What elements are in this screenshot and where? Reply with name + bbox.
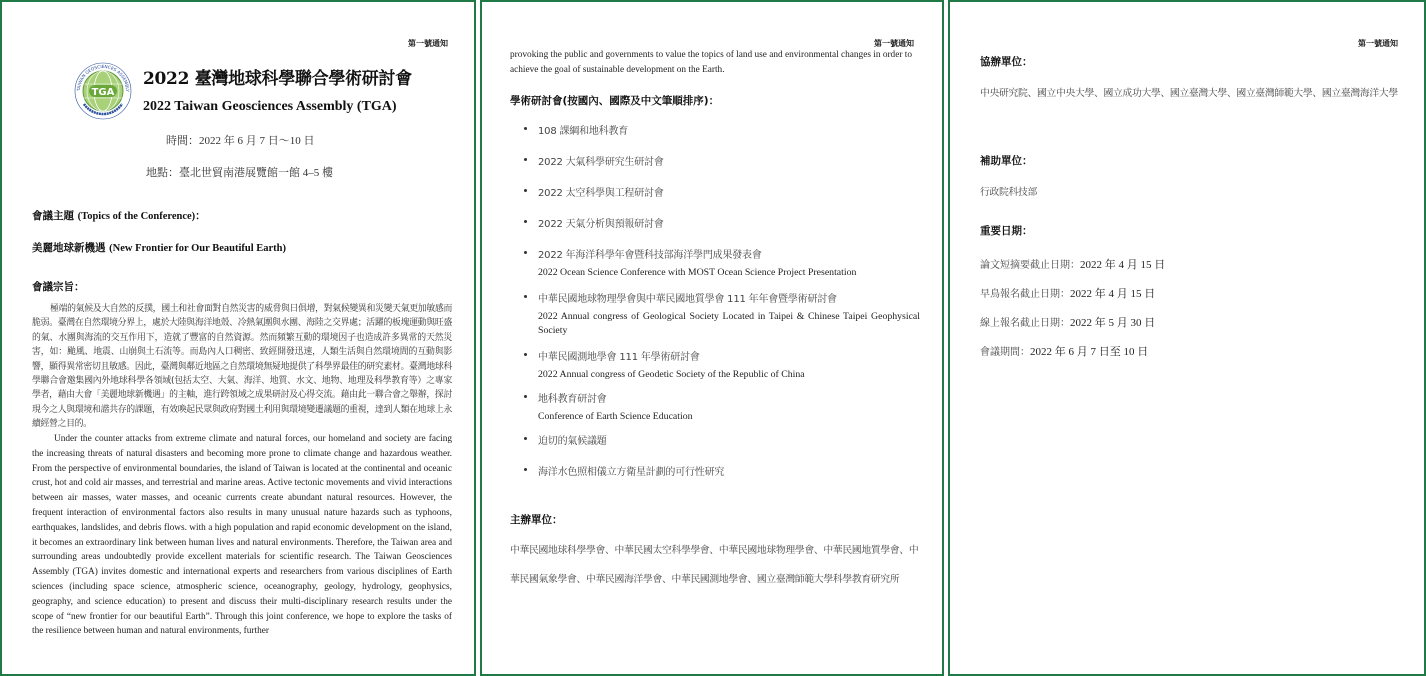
purpose-paragraph-en-continued: provoking the public and governments to … (510, 48, 920, 78)
theme-line: 美麗地球新機遇 (New Frontier for Our Beautiful … (32, 240, 286, 255)
theme-en: (New Frontier for Our Beautiful Earth) (109, 243, 286, 254)
conference-title-zh: 2022 臺灣地球科學聯合學術研討會 (143, 64, 412, 89)
date-conference-period: 會議期間：2022 年 6 月 7 日至 10 日 (980, 343, 1148, 359)
organizers-text: 中華民國地球科學學會、中華民國太空科學學會、中華民國地球物理學會、中華民國地質學… (510, 536, 920, 594)
symposia-heading: 學術研討會(按國內、國際及中文筆順排序)： (510, 93, 719, 108)
purpose-heading: 會議宗旨： (32, 279, 85, 294)
bullet-icon (524, 251, 527, 254)
conference-time: 時間：2022 年 6 月 7 日～10 日 (166, 132, 315, 148)
list-item: 中華民國測地學會 111 年學術研討會 2022 Annual congress… (510, 348, 920, 382)
conference-title-en: 2022 Taiwan Geosciences Assembly (TGA) (143, 99, 397, 115)
document-page-3: 第一號通知 協辦單位： 中央研究院、國立中央大學、國立成功大學、國立臺灣大學、國… (948, 0, 1426, 676)
theme-zh: 美麗地球新機遇 (32, 242, 106, 254)
bullet-icon (524, 437, 527, 440)
svg-text:TGA: TGA (92, 87, 115, 98)
tga-logo-icon: TGA TAIWAN GEOSCIENCES ASSEMBLY (74, 62, 132, 120)
notice-tag: 第一號通知 (408, 38, 448, 49)
bullet-icon (524, 127, 527, 130)
co-organizers-heading: 協辦單位： (980, 54, 1033, 69)
symposia-list: 108 課綱和地科教育 2022 大氣科學研究生研討會 2022 太空科學與工程… (510, 122, 920, 478)
list-item: 地科教育研討會 Conference of Earth Science Educ… (510, 390, 920, 424)
list-item: 2022 天氣分析與預報研討會 (510, 215, 920, 230)
date-online-registration-deadline: 線上報名截止日期：2022 年 5 月 30 日 (980, 314, 1155, 330)
sponsor-heading: 補助單位： (980, 153, 1033, 168)
bullet-icon (524, 395, 527, 398)
organizers-heading: 主辦單位： (510, 512, 563, 527)
co-organizers-text: 中央研究院、國立中央大學、國立成功大學、國立臺灣大學、國立臺灣師範大學、國立臺灣… (980, 79, 1402, 108)
document-page-1: 第一號通知 TGA TAIWAN GEOSCIENCES ASSEMBLY 20… (0, 0, 476, 676)
date-abstract-deadline: 論文短摘要截止日期：2022 年 4 月 15 日 (980, 256, 1165, 272)
list-item: 2022 年海洋科學年會暨科技部海洋學門成果發表會 2022 Ocean Sci… (510, 246, 920, 280)
topics-heading-en: (Topics of the Conference)： (78, 211, 206, 222)
bullet-icon (524, 158, 527, 161)
conference-place: 地點：臺北世貿南港展覽館一館 4–5 樓 (146, 164, 333, 180)
document-page-2: 第一號通知 provoking the public and governmen… (480, 0, 944, 676)
date-early-bird-deadline: 早鳥報名截止日期：2022 年 4 月 15 日 (980, 285, 1155, 301)
purpose-paragraph-zh: 極端的氣候及大自然的反撲，國土和社會面對自然災害的威脅與日俱增，對氣候變異和災變… (32, 302, 452, 432)
sponsor-text: 行政院科技部 (980, 178, 1400, 207)
list-item: 2022 太空科學與工程研討會 (510, 184, 920, 199)
notice-tag: 第一號通知 (1358, 38, 1398, 49)
list-item: 108 課綱和地科教育 (510, 122, 920, 137)
purpose-paragraph-en: Under the counter attacks from extreme c… (32, 432, 452, 639)
topics-heading: 會議主題 (Topics of the Conference)： (32, 208, 206, 223)
list-item: 海洋水色照相儀立方衛星計劃的可行性研究 (510, 463, 920, 478)
bullet-icon (524, 468, 527, 471)
list-item: 中華民國地球物理學會與中華民國地質學會 111 年年會暨學術研討會 2022 A… (510, 290, 920, 338)
important-dates-heading: 重要日期： (980, 223, 1033, 238)
list-item: 2022 大氣科學研究生研討會 (510, 153, 920, 168)
bullet-icon (524, 353, 527, 356)
bullet-icon (524, 220, 527, 223)
topics-heading-zh: 會議主題 (32, 210, 74, 222)
bullet-icon (524, 189, 527, 192)
list-item: 迫切的氣候議題 (510, 432, 920, 447)
bullet-icon (524, 295, 527, 298)
